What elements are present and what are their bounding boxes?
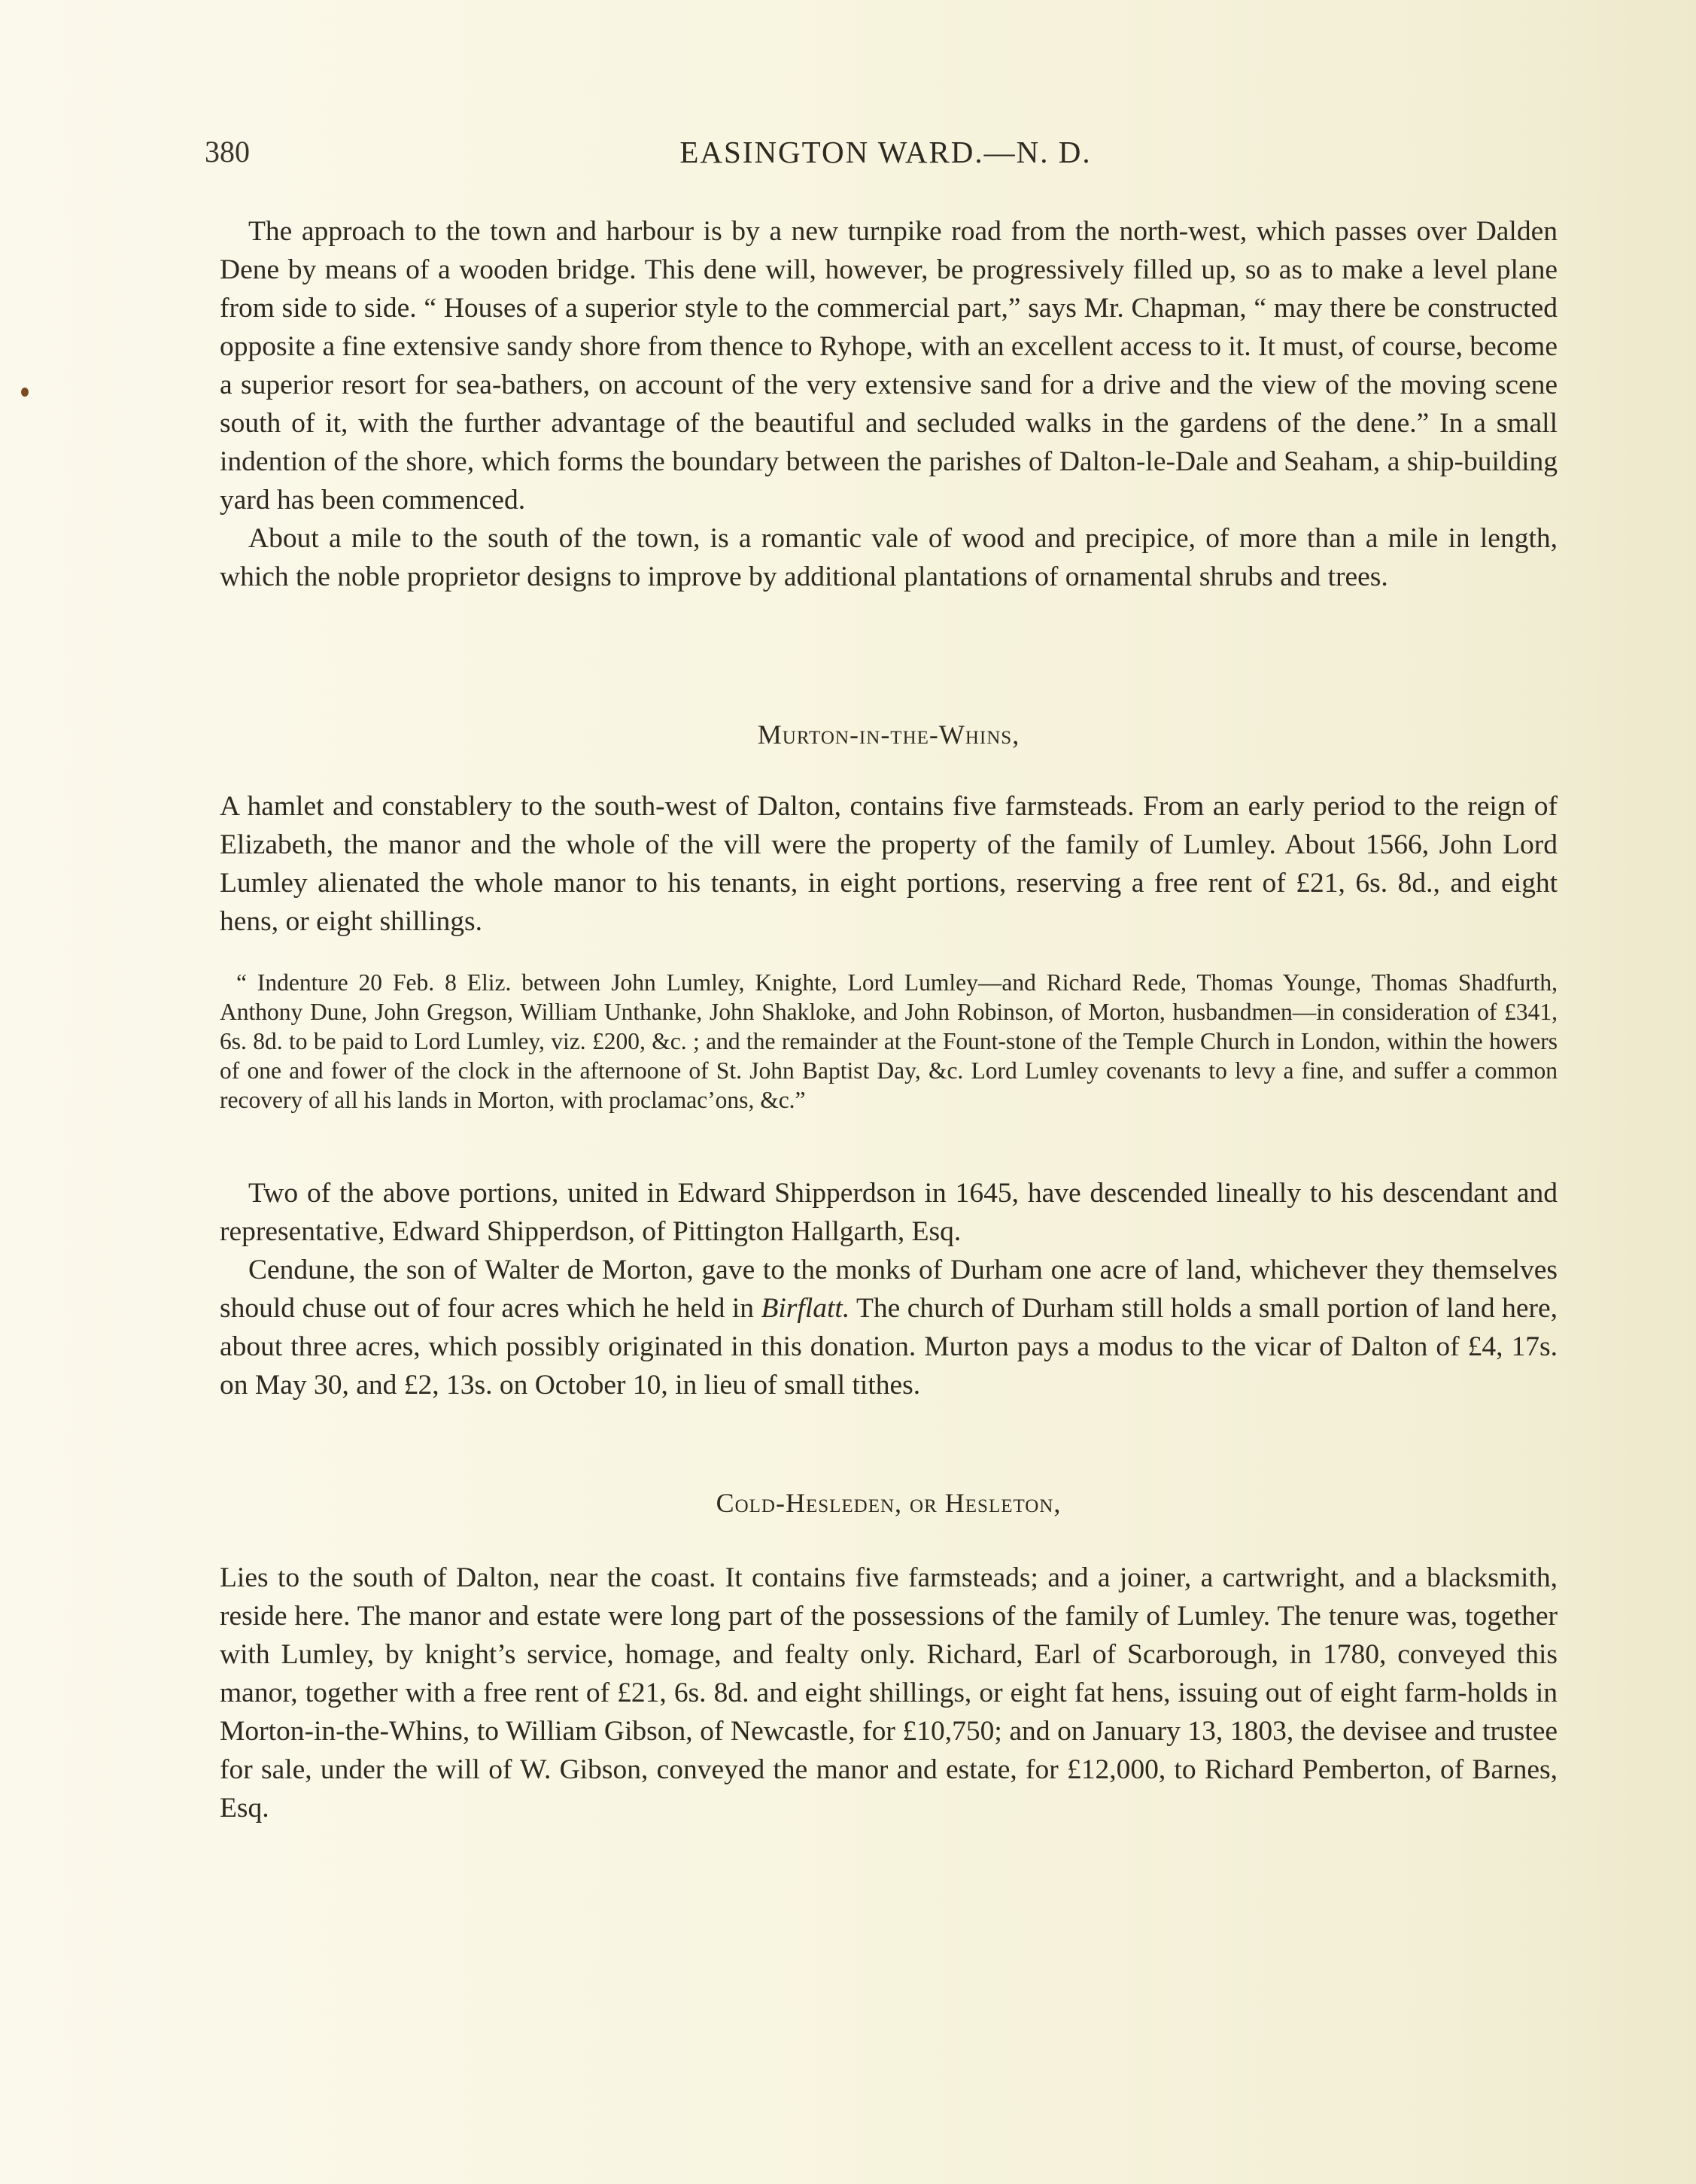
- running-head: 380 EASINGTON WARD.—N. D.: [205, 128, 1567, 173]
- intro-text: The approach to the town and harbour is …: [220, 212, 1558, 596]
- ink-blemish: [21, 388, 29, 397]
- section-heading-hesleden: Cold-Hesleden, or Hesleton,: [220, 1487, 1558, 1519]
- paragraph-shipperdson: Two of the above portions, united in Edw…: [220, 1174, 1558, 1251]
- birflatt-italic: Birflatt.: [761, 1293, 850, 1324]
- murton-intro-text: A hamlet and constablery to the south-we…: [220, 787, 1558, 941]
- quote-text: “ Indenture 20 Feb. 8 Eliz. between John…: [220, 968, 1558, 1115]
- hesleden-text: Lies to the south of Dalton, near the co…: [220, 1559, 1558, 1827]
- section-heading-murton: Murton-in-the-Whins,: [220, 719, 1558, 750]
- paragraph-cendune: Cendune, the son of Walter de Morton, ga…: [220, 1251, 1558, 1404]
- paragraph-hesleden: Lies to the south of Dalton, near the co…: [220, 1559, 1558, 1827]
- paragraph-murton-hamlet: A hamlet and constablery to the south-we…: [220, 787, 1558, 941]
- paragraph-approach: The approach to the town and harbour is …: [220, 212, 1558, 519]
- murton-continued-text: Two of the above portions, united in Edw…: [220, 1174, 1558, 1404]
- book-page: 380 EASINGTON WARD.—N. D. The approach t…: [0, 0, 1696, 2184]
- indenture-quote: “ Indenture 20 Feb. 8 Eliz. between John…: [220, 968, 1558, 1115]
- running-title: EASINGTON WARD.—N. D.: [205, 134, 1567, 170]
- paragraph-romantic-vale: About a mile to the south of the town, i…: [220, 519, 1558, 596]
